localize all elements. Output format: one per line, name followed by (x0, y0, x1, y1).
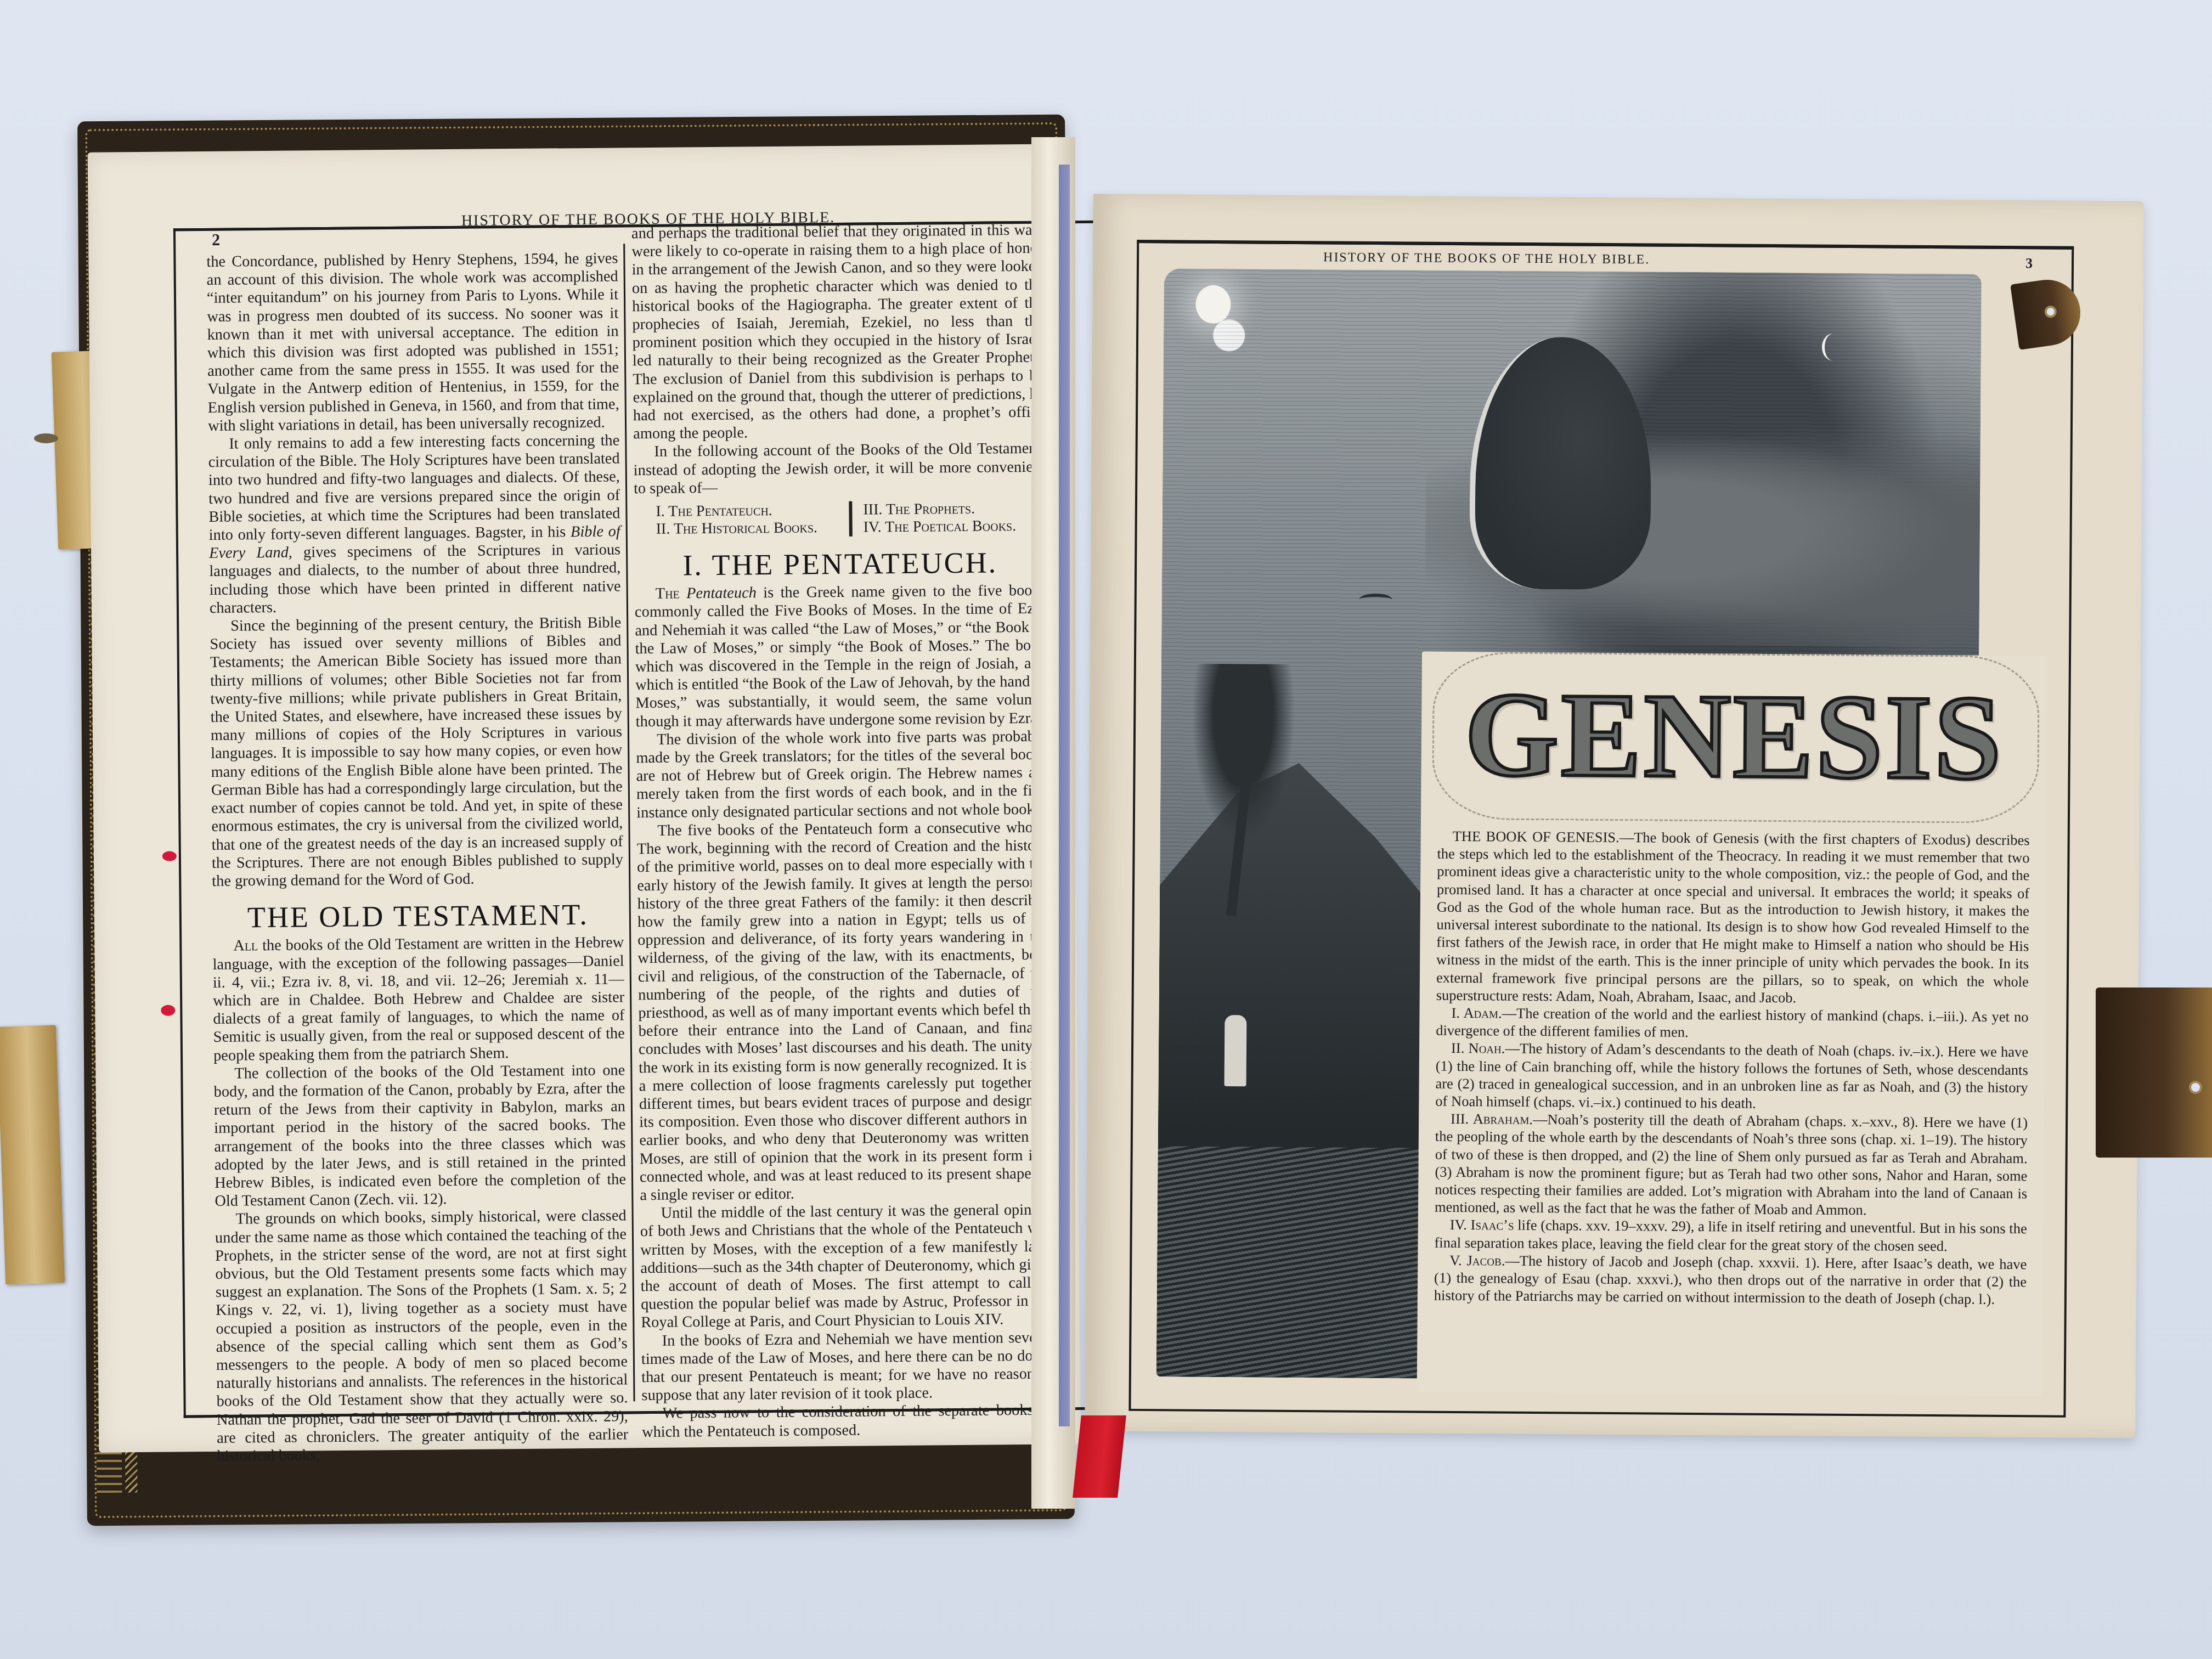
clasp-hasp-bottom-right[interactable] (2096, 988, 2212, 1158)
clasp-hole-icon (2044, 305, 2057, 319)
left-page-column-1: the Concordance, published by Henry Step… (206, 249, 628, 1465)
palm-tree-icon (1182, 664, 1304, 862)
paragraph: The division of the whole work into five… (636, 727, 1048, 822)
page-number-right: 3 (2025, 255, 2033, 272)
clasp-pin-icon (34, 433, 58, 443)
paragraph: In the books of Ezra and Nehemiah we hav… (641, 1328, 1053, 1404)
genesis-text-box: GENESIS THE BOOK OF GENESIS.—The book of… (1417, 652, 2047, 1397)
paragraph: the Concordance, published by Henry Step… (206, 249, 619, 435)
red-stain (162, 851, 177, 861)
outline-item: III. The Prophets. (863, 500, 1045, 519)
outline-item: I. The Pentateuch. (656, 501, 838, 521)
outline-item: II. The Historical Books. (656, 519, 838, 538)
paragraph: The grounds on which books, simply histo… (215, 1207, 629, 1465)
paragraph: The five books of the Pentateuch form a … (636, 819, 1051, 1205)
paragraph: V. Jacob.—The history of Jacob and Josep… (1434, 1251, 2027, 1308)
left-page-column-2: and perhaps the traditional belief that … (631, 221, 1053, 1441)
left-page: 2 HISTORY OF THE BOOKS OF THE HOLY BIBLE… (88, 144, 1081, 1453)
paragraph: All the books of the Old Testament are w… (212, 934, 625, 1065)
book-division-outline: I. The Pentateuch. II. The Historical Bo… (656, 500, 1046, 538)
paragraph: The Pentateuch is the Greek name given t… (635, 582, 1047, 731)
paragraph: IV. Isaac’s life (chaps. xxv. 19–xxxv. 2… (1434, 1216, 2027, 1255)
outline-item: IV. The Poetical Books. (864, 517, 1046, 537)
outline-divider (849, 501, 853, 537)
red-ribbon-bookmark[interactable] (1073, 1415, 1126, 1498)
bird-icon (1359, 594, 1392, 606)
genesis-introduction: THE BOOK OF GENESIS.—The book of Genesis… (1434, 827, 2030, 1308)
human-figure-icon (1224, 1015, 1247, 1086)
clasp-hole-icon (2189, 1081, 2202, 1094)
sun-icon (1195, 285, 1231, 324)
paragraph: It only remains to add a few interesting… (208, 431, 621, 617)
red-stain (161, 1005, 175, 1016)
paragraph: Since the beginning of the present centu… (210, 613, 623, 890)
section-heading-pentateuch: I. THE PENTATEUCH. (634, 554, 1046, 575)
paragraph: The collection of the books of the Old T… (213, 1061, 626, 1210)
paragraph: and perhaps the traditional belief that … (631, 221, 1045, 443)
paragraph: II. Noah.—The history of Adam’s descenda… (1435, 1039, 2028, 1114)
page-number-left: 2 (212, 231, 220, 250)
paragraph: I. Adam.—The creation of the world and t… (1436, 1004, 2028, 1043)
paragraph: In the following account of the Books of… (633, 439, 1045, 498)
right-page: HISTORY OF THE BOOKS OF THE HOLY BIBLE. … (1085, 194, 2144, 1438)
genesis-ornamental-title: GENESIS (1443, 657, 2025, 815)
running-head-right: HISTORY OF THE BOOKS OF THE HOLY BIBLE. (1323, 250, 1650, 267)
paragraph: THE BOOK OF GENESIS.—The book of Genesis… (1436, 827, 2030, 1008)
spine-blue-tear (1059, 165, 1070, 1426)
section-heading-old-testament: THE OLD TESTAMENT. (212, 905, 624, 927)
crescent-moon-icon (1822, 334, 1844, 361)
paragraph: Until the middle of the last century it … (640, 1201, 1052, 1332)
paragraph: III. Abraham.—Noah’s posterity till the … (1435, 1110, 2028, 1220)
paragraph: We pass now to the consideration of the … (642, 1401, 1054, 1441)
brass-clasp-bottom-left[interactable] (0, 1025, 65, 1284)
